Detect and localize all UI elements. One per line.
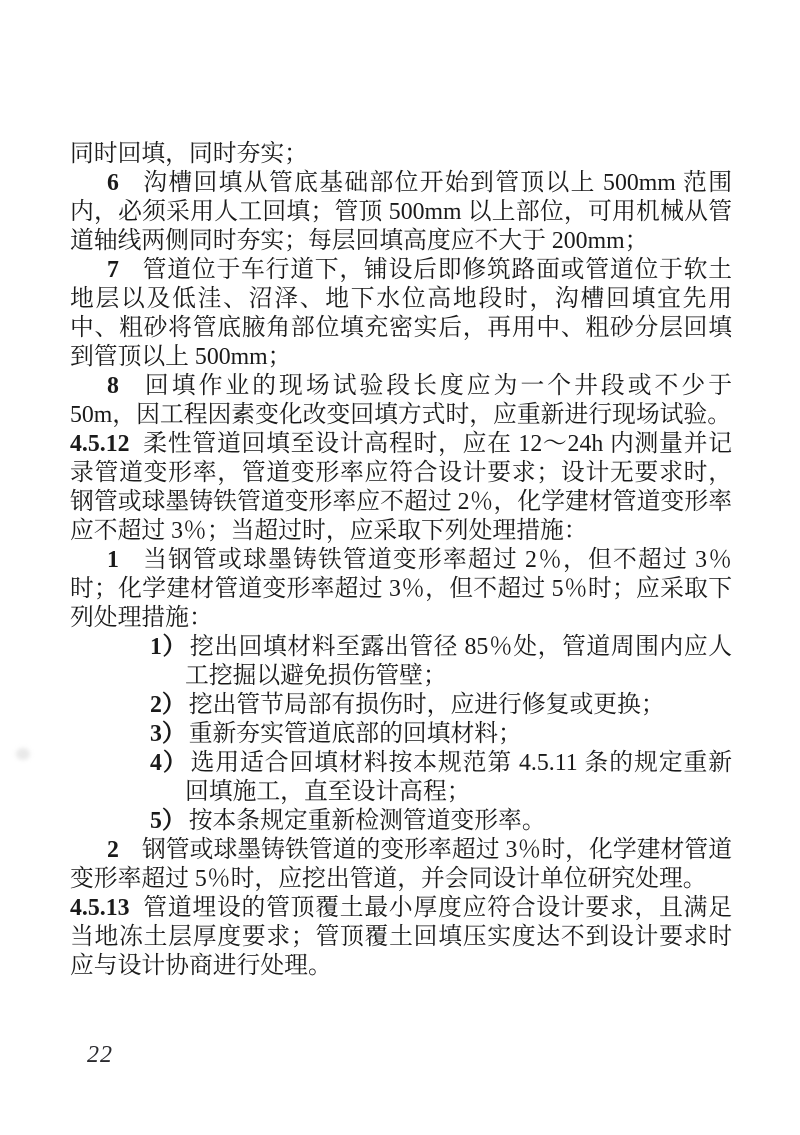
measure-item-2: 2钢管或球墨铸铁管道的变形率超过 3％时，化学建材管道变形率超过 5％时，应挖出… <box>70 836 732 894</box>
sub-item-number: 4） <box>150 750 188 776</box>
sub-item-5: 5）按本条规定重新检测管道变形率。 <box>185 807 732 836</box>
item-number: 1 <box>107 547 119 573</box>
clause-text: 管道埋设的管顶覆土最小厚度应符合设计要求，且满足当地冻土层厚度要求；管顶覆土回填… <box>70 895 732 979</box>
scan-artifact <box>16 748 30 760</box>
sub-item-4: 4）选用适合回填材料按本规范第 4.5.11 条的规定重新回填施工，直至设计高程… <box>185 749 732 807</box>
document-text-block: 同时回填，同时夯实； 6沟槽回填从管底基础部位开始到管顶以上 500mm 范围内… <box>70 140 732 981</box>
clause-number: 4.5.13 <box>70 895 130 921</box>
item-6: 6沟槽回填从管底基础部位开始到管顶以上 500mm 范围内，必须采用人工回填；管… <box>70 169 732 256</box>
item-number: 7 <box>107 257 119 283</box>
item-8: 8回填作业的现场试验段长度应为一个井段或不少于 50m，因工程因素变化改变回填方… <box>70 372 732 430</box>
item-text: 沟槽回填从管底基础部位开始到管顶以上 500mm 范围内，必须采用人工回填；管顶… <box>70 170 732 254</box>
sub-item-text: 按本条规定重新检测管道变形率。 <box>189 808 546 834</box>
item-7: 7管道位于车行道下，铺设后即修筑路面或管道位于软土地层以及低洼、沼泽、地下水位高… <box>70 256 732 372</box>
sub-item-number: 3） <box>150 721 186 747</box>
clause-4-5-13: 4.5.13管道埋设的管顶覆土最小厚度应符合设计要求，且满足当地冻土层厚度要求；… <box>70 894 732 981</box>
sub-item-1: 1）挖出回填材料至露出管径 85％处，管道周围内应人工挖掘以避免损伤管壁； <box>185 633 732 691</box>
item-text: 当钢管或球墨铸铁管道变形率超过 2％，但不超过 3％时；化学建材管道变形率超过 … <box>70 547 732 631</box>
sub-item-text: 选用适合回填材料按本规范第 4.5.11 条的规定重新回填施工，直至设计高程； <box>185 750 732 805</box>
clause-text: 柔性管道回填至设计高程时，应在 12～24h 内测量并记录管道变形率，管道变形率… <box>70 431 732 544</box>
measure-item-1: 1当钢管或球墨铸铁管道变形率超过 2％，但不超过 3％时；化学建材管道变形率超过… <box>70 546 732 633</box>
sub-item-3: 3）重新夯实管道底部的回填材料； <box>185 720 732 749</box>
sub-item-text: 重新夯实管道底部的回填材料； <box>189 721 522 747</box>
sub-item-text: 挖出回填材料至露出管径 85％处，管道周围内应人工挖掘以避免损伤管壁； <box>185 634 732 689</box>
item-text: 回填作业的现场试验段长度应为一个井段或不少于 50m，因工程因素变化改变回填方式… <box>70 373 732 428</box>
item-number: 8 <box>107 373 119 399</box>
item-text: 钢管或球墨铸铁管道的变形率超过 3％时，化学建材管道变形率超过 5％时，应挖出管… <box>70 837 732 892</box>
paragraph-continuation: 同时回填，同时夯实； <box>70 140 732 169</box>
paragraph-text: 同时回填，同时夯实； <box>70 141 308 167</box>
page-number: 22 <box>87 1042 113 1069</box>
sub-item-number: 5） <box>150 808 186 834</box>
clause-number: 4.5.12 <box>70 431 130 457</box>
sub-item-number: 1） <box>150 634 187 660</box>
item-text: 管道位于车行道下，铺设后即修筑路面或管道位于软土地层以及低洼、沼泽、地下水位高地… <box>70 257 732 370</box>
sub-item-text: 挖出管节局部有损伤时，应进行修复或更换； <box>189 692 665 718</box>
sub-item-2: 2）挖出管节局部有损伤时，应进行修复或更换； <box>185 691 732 720</box>
clause-4-5-12: 4.5.12柔性管道回填至设计高程时，应在 12～24h 内测量并记录管道变形率… <box>70 430 732 546</box>
scanned-document-page: 同时回填，同时夯实； 6沟槽回填从管底基础部位开始到管顶以上 500mm 范围内… <box>0 0 800 1135</box>
sub-item-number: 2） <box>150 692 186 718</box>
item-number: 2 <box>107 837 119 863</box>
item-number: 6 <box>107 170 119 196</box>
